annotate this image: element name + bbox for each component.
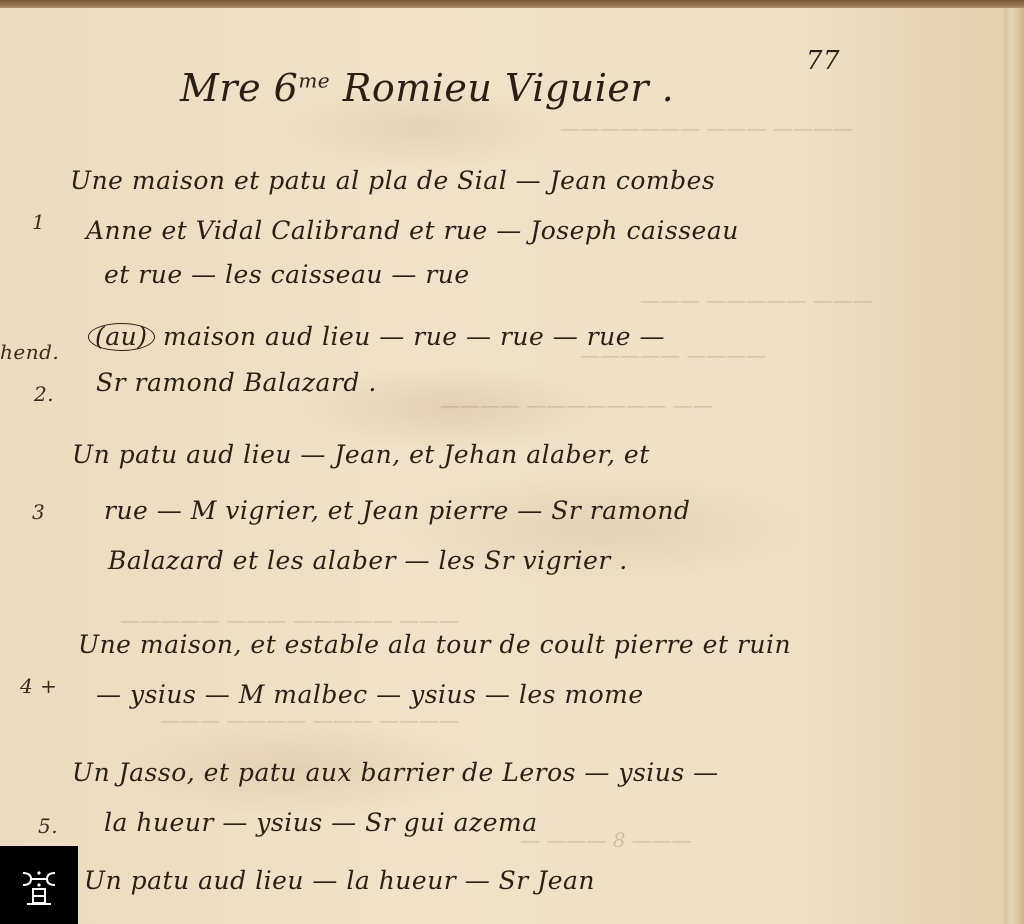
bleed-through-text: ——— ————— ———: [640, 288, 873, 312]
entry-number: 5.: [38, 814, 58, 838]
entry-number: 3: [32, 500, 45, 524]
bleed-through-text: ——————— ——— ————: [560, 116, 853, 140]
bleed-through-text: — ——— 8 ———: [520, 828, 692, 852]
entry-line: Une maison et patu al pla de Sial — Jean…: [70, 166, 715, 195]
manuscript-page: ——————— ——— ———— ——— ————— ——— ————— ———…: [0, 8, 1005, 924]
title-name: Romieu Viguier .: [343, 66, 674, 110]
entry-number: 4 +: [20, 674, 57, 698]
entry-line: Une maison, et estable ala tour de coult…: [78, 630, 791, 659]
margin-note: hend.: [0, 340, 59, 364]
circled-word: (au): [88, 323, 155, 351]
entry-line: rue — M vigrier, et Jean pierre — Sr ram…: [104, 496, 690, 525]
entry-line: Un Jasso, et patu aux barrier de Leros —…: [72, 758, 719, 787]
entry-line: Sr ramond Balazard .: [96, 368, 377, 397]
lighthouse-emblem-icon: [15, 861, 63, 909]
next-page-edge: [1004, 8, 1024, 924]
entry-line: et rue — les caisseau — rue: [104, 260, 470, 289]
entry-line: la hueur — ysius — Sr gui azema: [104, 808, 538, 837]
entry-line: Anne et Vidal Calibrand et rue — Joseph …: [86, 216, 739, 245]
bleed-through-text: ——— ———— ——— ————: [160, 708, 459, 732]
entry-number: 1: [32, 210, 45, 234]
entry-line-text: maison aud lieu — rue — rue — rue —: [163, 322, 665, 351]
bleed-through-text: ————— ——— ————— ———: [120, 608, 459, 632]
entry-line: Un patu aud lieu — la hueur — Sr Jean: [84, 866, 595, 895]
title-ordinal-suffix: me: [298, 68, 330, 92]
page-number: 77: [806, 46, 840, 76]
title-ordinal: 6: [274, 66, 299, 110]
archive-logo: [0, 846, 78, 924]
entry-line: Un patu aud lieu — Jean, et Jehan alaber…: [72, 440, 650, 469]
page-title: Mre 6me Romieu Viguier .: [180, 66, 674, 110]
bleed-through-text: ———— ——————— ——: [440, 393, 713, 417]
entry-line: Balazard et les alaber — les Sr vigrier …: [108, 546, 628, 575]
entry-line: — ysius — M malbec — ysius — les mome: [96, 680, 644, 709]
title-prefix: Mre: [180, 66, 261, 110]
entry-line: (au) maison aud lieu — rue — rue — rue —: [88, 322, 665, 351]
entry-number: 2.: [34, 382, 54, 406]
